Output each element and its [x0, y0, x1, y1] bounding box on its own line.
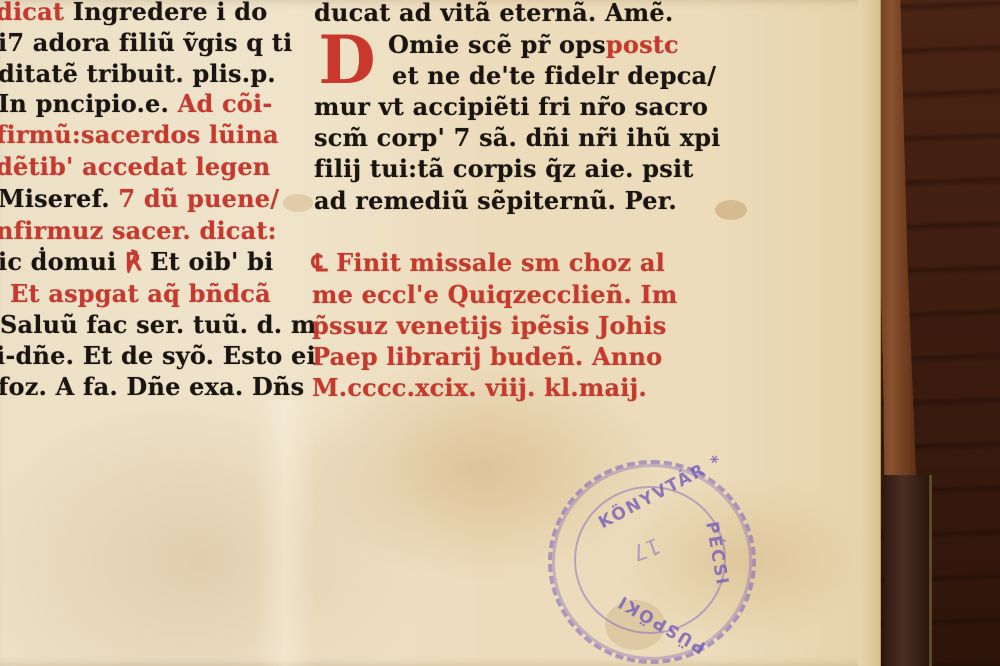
text-line: et ne de'te fidelr depca/ [392, 62, 716, 90]
text-line: i-dñe. Et de syõ. Esto ei [0, 342, 316, 370]
text-line: ic ḋomui ℟ Et oib' bi [0, 248, 273, 276]
body-text: ducat ad vitã eternã. Amẽ. [314, 0, 673, 27]
colophon-line: p̃ssuz venetijs ipẽsis Johis [312, 312, 666, 340]
library-stamp: KÖNYVTÁR * PÉCSI PÜSPÖKI 17 [548, 460, 756, 664]
body-text: Saluũ fac ser. tuũ. d. m [0, 310, 316, 339]
text-line: ad remediũ sẽpiternũ. Per. [314, 187, 677, 215]
text-line: In pncipio.e. Ad cõi- [0, 90, 272, 118]
body-text: filij tui:tã corpis q̃z aie. psit [314, 154, 694, 183]
rubric-text: Ad cõi- [169, 89, 272, 118]
text-line: mur vt accipiẽti fri nr̃o sacro [314, 93, 708, 121]
body-text: In pncipio.e. [0, 89, 169, 118]
body-text: ic ḋomui [0, 247, 116, 276]
page-edge [858, 0, 881, 666]
text-line: Et aspgat aq̃ bñdcã [10, 280, 271, 308]
body-text: scm̃ corp' 7 sã. dñi nr̃i ihũ xpi [314, 123, 721, 152]
parchment-page: dicat Ingredere i do i7 adora filiũ ṽgis… [0, 0, 880, 666]
colophon-line: Paep librarij budeñ. Anno [312, 343, 662, 371]
text-line: scm̃ corp' 7 sã. dñi nr̃i ihũ xpi [314, 124, 721, 152]
rubric-text: 7 dũ puene/ [110, 184, 279, 213]
rubric-text: Et aspgat aq̃ bñdcã [10, 279, 271, 308]
text-line: Miseref. 7 dũ puene/ [0, 185, 279, 213]
body-text: i-dñe. Et de syõ. Esto ei [0, 341, 316, 370]
text-line: nfirmuz sacer. dicat: [0, 217, 277, 245]
rubric-text: postc [606, 30, 679, 59]
text-line: foz. A fa. Dñe exa. Dñs [0, 373, 304, 401]
foxing-stain [283, 194, 313, 212]
rubricated-initial: D [316, 30, 378, 90]
text-line: Omie scẽ pr̃ opspostc [388, 31, 679, 59]
body-text: foz. A fa. Dñe exa. Dñs [0, 372, 304, 401]
body-text: ad remediũ sẽpiternũ. Per. [314, 186, 677, 215]
text-line: dẽtib' accedat legen [0, 153, 270, 181]
colophon-line: ℄ Finit missale sm choz al [312, 249, 665, 277]
colophon-line: me eccl'e Quiqzecclieñ. Im [312, 281, 677, 309]
body-text: i7 adora filiũ ṽgis q ti [0, 28, 292, 57]
text-line: ducat ad vitã eternã. Amẽ. [314, 0, 673, 27]
text-line: Saluũ fac ser. tuũ. d. m [0, 311, 316, 339]
body-text: ditatẽ tribuit. plis.p. [0, 59, 276, 88]
text-line: ditatẽ tribuit. plis.p. [0, 60, 276, 88]
body-text: Omie scẽ pr̃ ops [388, 30, 606, 59]
rubric-text: firmũ:sacerdos lũina [0, 120, 279, 149]
body-text: et ne de'te fidelr depca/ [392, 61, 716, 90]
rubric-text: dẽtib' accedat legen [0, 152, 270, 181]
text-line: filij tui:tã corpis q̃z aie. psit [314, 155, 694, 183]
body-text: Et oib' bi [150, 247, 273, 276]
response-symbol: ℟ [116, 247, 150, 276]
foxing-stain [715, 200, 747, 220]
rubric-text: nfirmuz sacer. dicat: [0, 216, 277, 245]
colophon-line: M.cccc.xcix. viij. kl.maij. [312, 374, 647, 402]
text-line: i7 adora filiũ ṽgis q ti [0, 29, 292, 57]
page-fold-highlight [255, 400, 315, 666]
body-text: mur vt accipiẽti fri nr̃o sacro [314, 92, 708, 121]
text-line: dicat Ingredere i do [0, 0, 267, 26]
text-line: firmũ:sacerdos lũina [0, 121, 279, 149]
body-text: Ingredere i do [64, 0, 267, 26]
leather-spine-lower [884, 475, 932, 666]
body-text: Miseref. [0, 184, 110, 213]
rubric-text: dicat [0, 0, 64, 26]
